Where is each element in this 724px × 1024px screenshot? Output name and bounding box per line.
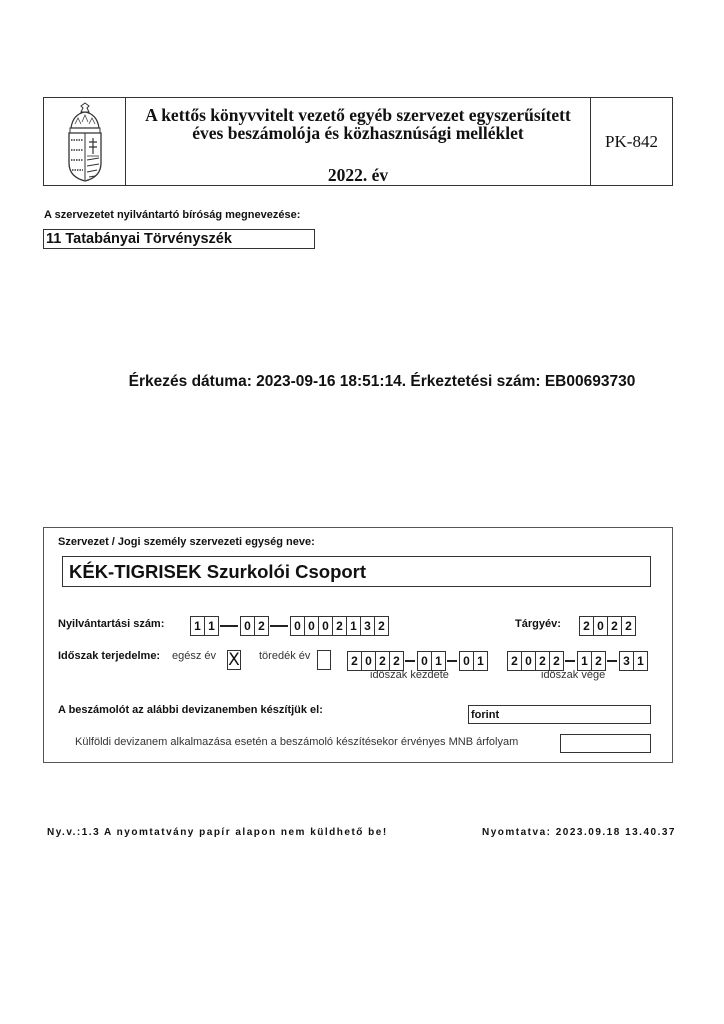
digit-box[interactable]: 2 <box>389 651 404 671</box>
digit-box[interactable]: 1 <box>633 651 648 671</box>
period-start-field[interactable]: 20220101 <box>347 651 487 671</box>
dash-separator <box>565 660 575 662</box>
dash-separator <box>447 660 457 662</box>
digit-box[interactable]: 1 <box>190 616 205 636</box>
digit-box[interactable]: 0 <box>290 616 305 636</box>
digit-box[interactable]: 2 <box>254 616 269 636</box>
digit-box[interactable]: 0 <box>593 616 608 636</box>
digit-box[interactable]: 0 <box>417 651 432 671</box>
digit-box[interactable]: 0 <box>361 651 376 671</box>
digit-box[interactable]: 3 <box>360 616 375 636</box>
digit-box[interactable]: 0 <box>459 651 474 671</box>
digit-box[interactable]: 1 <box>577 651 592 671</box>
digit-box[interactable]: 1 <box>473 651 488 671</box>
digit-box[interactable]: 2 <box>591 651 606 671</box>
subject-year-field[interactable]: 2022 <box>579 616 635 636</box>
digit-box[interactable]: 2 <box>332 616 347 636</box>
period-label: Időszak terjedelme: <box>58 650 160 662</box>
org-name-field[interactable]: KÉK-TIGRISEK Szurkolói Csoport <box>62 556 651 587</box>
digit-box[interactable]: 2 <box>535 651 550 671</box>
digit-box[interactable]: 2 <box>607 616 622 636</box>
version-note: Ny.v.:1.3 A nyomtatvány papír alapon nem… <box>47 827 388 838</box>
dash-separator <box>220 625 238 627</box>
title-year: 2022. év <box>126 165 590 186</box>
print-timestamp: Nyomtatva: 2023.09.18 13.40.37 <box>482 827 676 838</box>
digit-box[interactable]: 2 <box>375 651 390 671</box>
subject-year-label: Tárgyév: <box>515 618 561 630</box>
period-end-field[interactable]: 20221231 <box>507 651 647 671</box>
digit-box[interactable]: 0 <box>304 616 319 636</box>
form-title: A kettős könyvvitelt vezető egyéb szerve… <box>126 98 591 185</box>
fraction-year-checkbox[interactable] <box>317 650 331 670</box>
digit-box[interactable]: 2 <box>621 616 636 636</box>
fx-rate-field[interactable] <box>560 734 651 753</box>
digit-box[interactable]: 2 <box>347 651 362 671</box>
form-code: PK-842 <box>591 98 672 185</box>
digit-box[interactable]: 2 <box>374 616 389 636</box>
digit-box[interactable]: 2 <box>507 651 522 671</box>
digit-box[interactable]: 3 <box>619 651 634 671</box>
court-label: A szervezetet nyilvántartó bíróság megne… <box>44 209 300 221</box>
whole-year-checkbox[interactable]: X <box>227 650 241 670</box>
fx-rate-label: Külföldi devizanem alkalmazása esetén a … <box>75 736 518 748</box>
digit-box[interactable]: 1 <box>431 651 446 671</box>
court-field[interactable]: 11 Tatabányai Törvényszék <box>43 229 315 249</box>
dash-separator <box>270 625 288 627</box>
registration-number-label: Nyilvántartási szám: <box>58 618 164 630</box>
digit-box[interactable]: 2 <box>579 616 594 636</box>
registration-number-field[interactable]: 11020002132 <box>190 616 388 636</box>
period-end-caption: időszak vége <box>541 669 605 681</box>
form-header: A kettős könyvvitelt vezető egyéb szerve… <box>43 97 673 186</box>
org-name-label: Szervezet / Jogi személy szervezeti egys… <box>58 536 315 548</box>
digit-box[interactable]: 0 <box>521 651 536 671</box>
digit-box[interactable]: 1 <box>346 616 361 636</box>
coat-of-arms-icon <box>65 102 105 182</box>
currency-label: A beszámolót az alábbi devizanemben kész… <box>58 704 323 716</box>
digit-box[interactable]: 0 <box>240 616 255 636</box>
dash-separator <box>607 660 617 662</box>
title-line-1: A kettős könyvvitelt vezető egyéb szerve… <box>126 106 590 124</box>
digit-box[interactable]: 0 <box>318 616 333 636</box>
whole-year-label: egész év <box>172 650 216 662</box>
currency-field[interactable]: forint <box>468 705 651 724</box>
crest-cell <box>44 98 126 185</box>
digit-box[interactable]: 1 <box>204 616 219 636</box>
fraction-year-label: töredék év <box>259 650 310 662</box>
period-start-caption: időszak kezdete <box>370 669 449 681</box>
arrival-info: Érkezés dátuma: 2023-09-16 18:51:14. Érk… <box>0 373 724 391</box>
dash-separator <box>405 660 415 662</box>
digit-box[interactable]: 2 <box>549 651 564 671</box>
title-line-2: éves beszámolója és közhasznúsági mellék… <box>126 124 590 142</box>
